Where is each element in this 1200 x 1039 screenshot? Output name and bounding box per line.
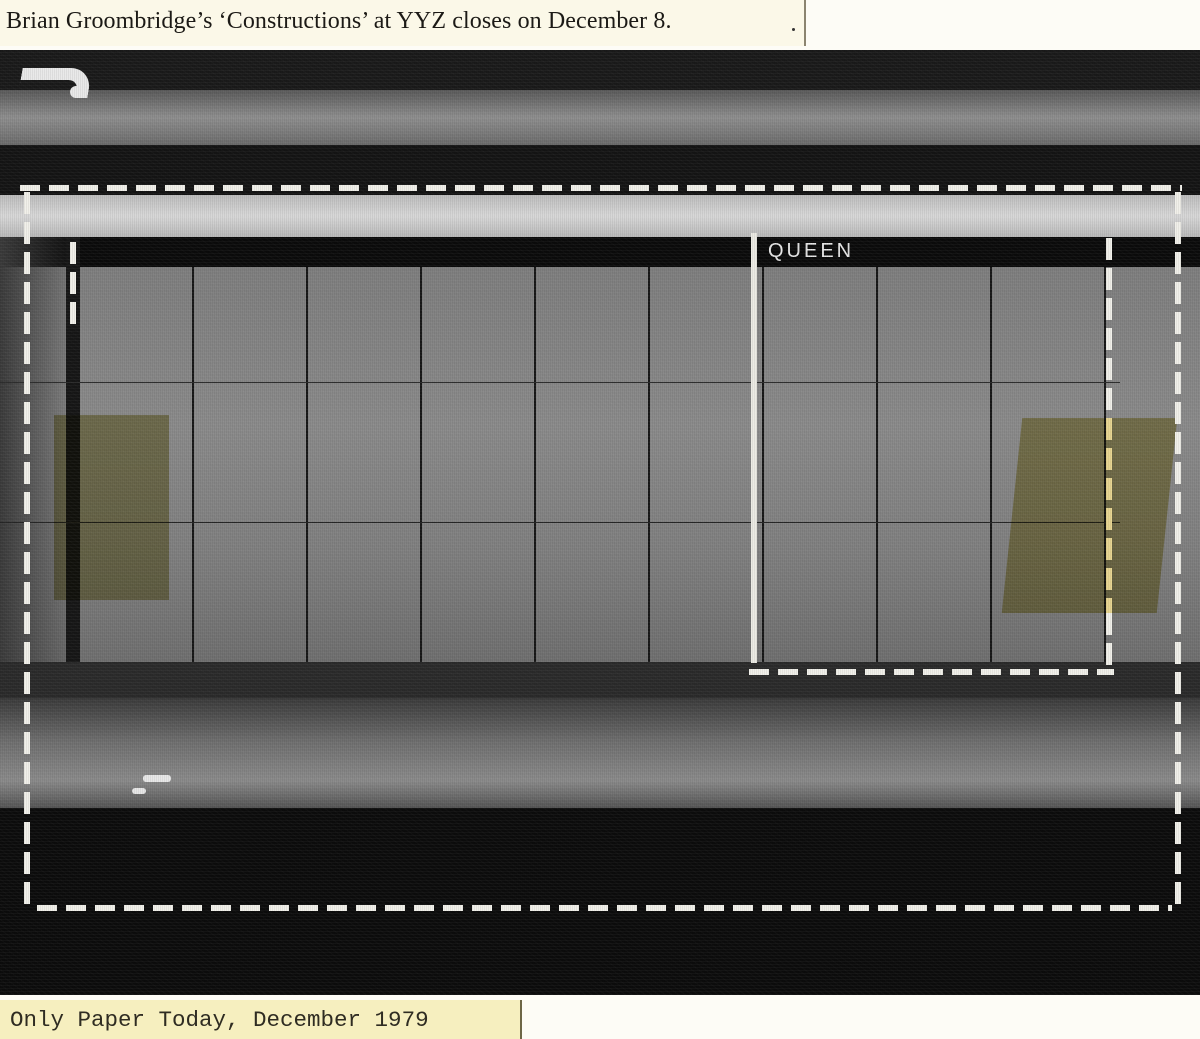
outline-outer-left: [24, 192, 30, 910]
tile-joint-vertical: [876, 267, 878, 662]
platform-speck: [143, 775, 171, 782]
byline-text: Only Paper Today, December 1979: [10, 1007, 429, 1033]
subway-photo: QUEEN: [0, 50, 1200, 995]
byline-strip: Only Paper Today, December 1979: [0, 1000, 522, 1039]
outline-sign-right-lower: [1106, 613, 1112, 668]
platform-speck: [132, 788, 146, 794]
tape-patch-left: [54, 415, 169, 600]
outline-outer-bottom: [37, 905, 1172, 911]
outline-inner-left-stub: [70, 242, 76, 327]
outline-sign-left: [751, 233, 757, 663]
corner-arrow-mark-tail: [70, 86, 84, 98]
tile-joint-vertical: [306, 267, 308, 662]
outline-sign-right: [1106, 238, 1112, 418]
tile-grid: [78, 267, 1118, 662]
caption-text: Brian Groombridge’s ‘Constructions’ at Y…: [6, 8, 672, 35]
tape-patch-right: [1002, 418, 1177, 613]
tile-joint-vertical: [648, 267, 650, 662]
platform-floor: [0, 698, 1200, 808]
outline-outer-right: [1175, 192, 1181, 910]
ceiling-band: [0, 50, 1200, 90]
caption-strip: Brian Groombridge’s ‘Constructions’ at Y…: [0, 0, 806, 46]
station-name-band: [0, 237, 1200, 267]
tile-joint-vertical: [762, 267, 764, 662]
outline-sign-right-taped: [1106, 418, 1112, 613]
outline-outer-top: [20, 185, 1182, 191]
track-pit: [0, 808, 1200, 995]
station-sign-text: QUEEN: [768, 240, 854, 263]
caption-dot: [792, 28, 795, 31]
light-frieze-band: [0, 195, 1200, 237]
tile-joint-horizontal: [0, 382, 1120, 383]
outline-sign-bottom: [749, 669, 1114, 675]
tile-joint-vertical: [534, 267, 536, 662]
tile-joint-vertical: [192, 267, 194, 662]
tile-joint-vertical: [420, 267, 422, 662]
platform-edge: [0, 662, 1200, 698]
tile-joint-vertical: [990, 267, 992, 662]
upper-wall-band: [0, 90, 1200, 145]
